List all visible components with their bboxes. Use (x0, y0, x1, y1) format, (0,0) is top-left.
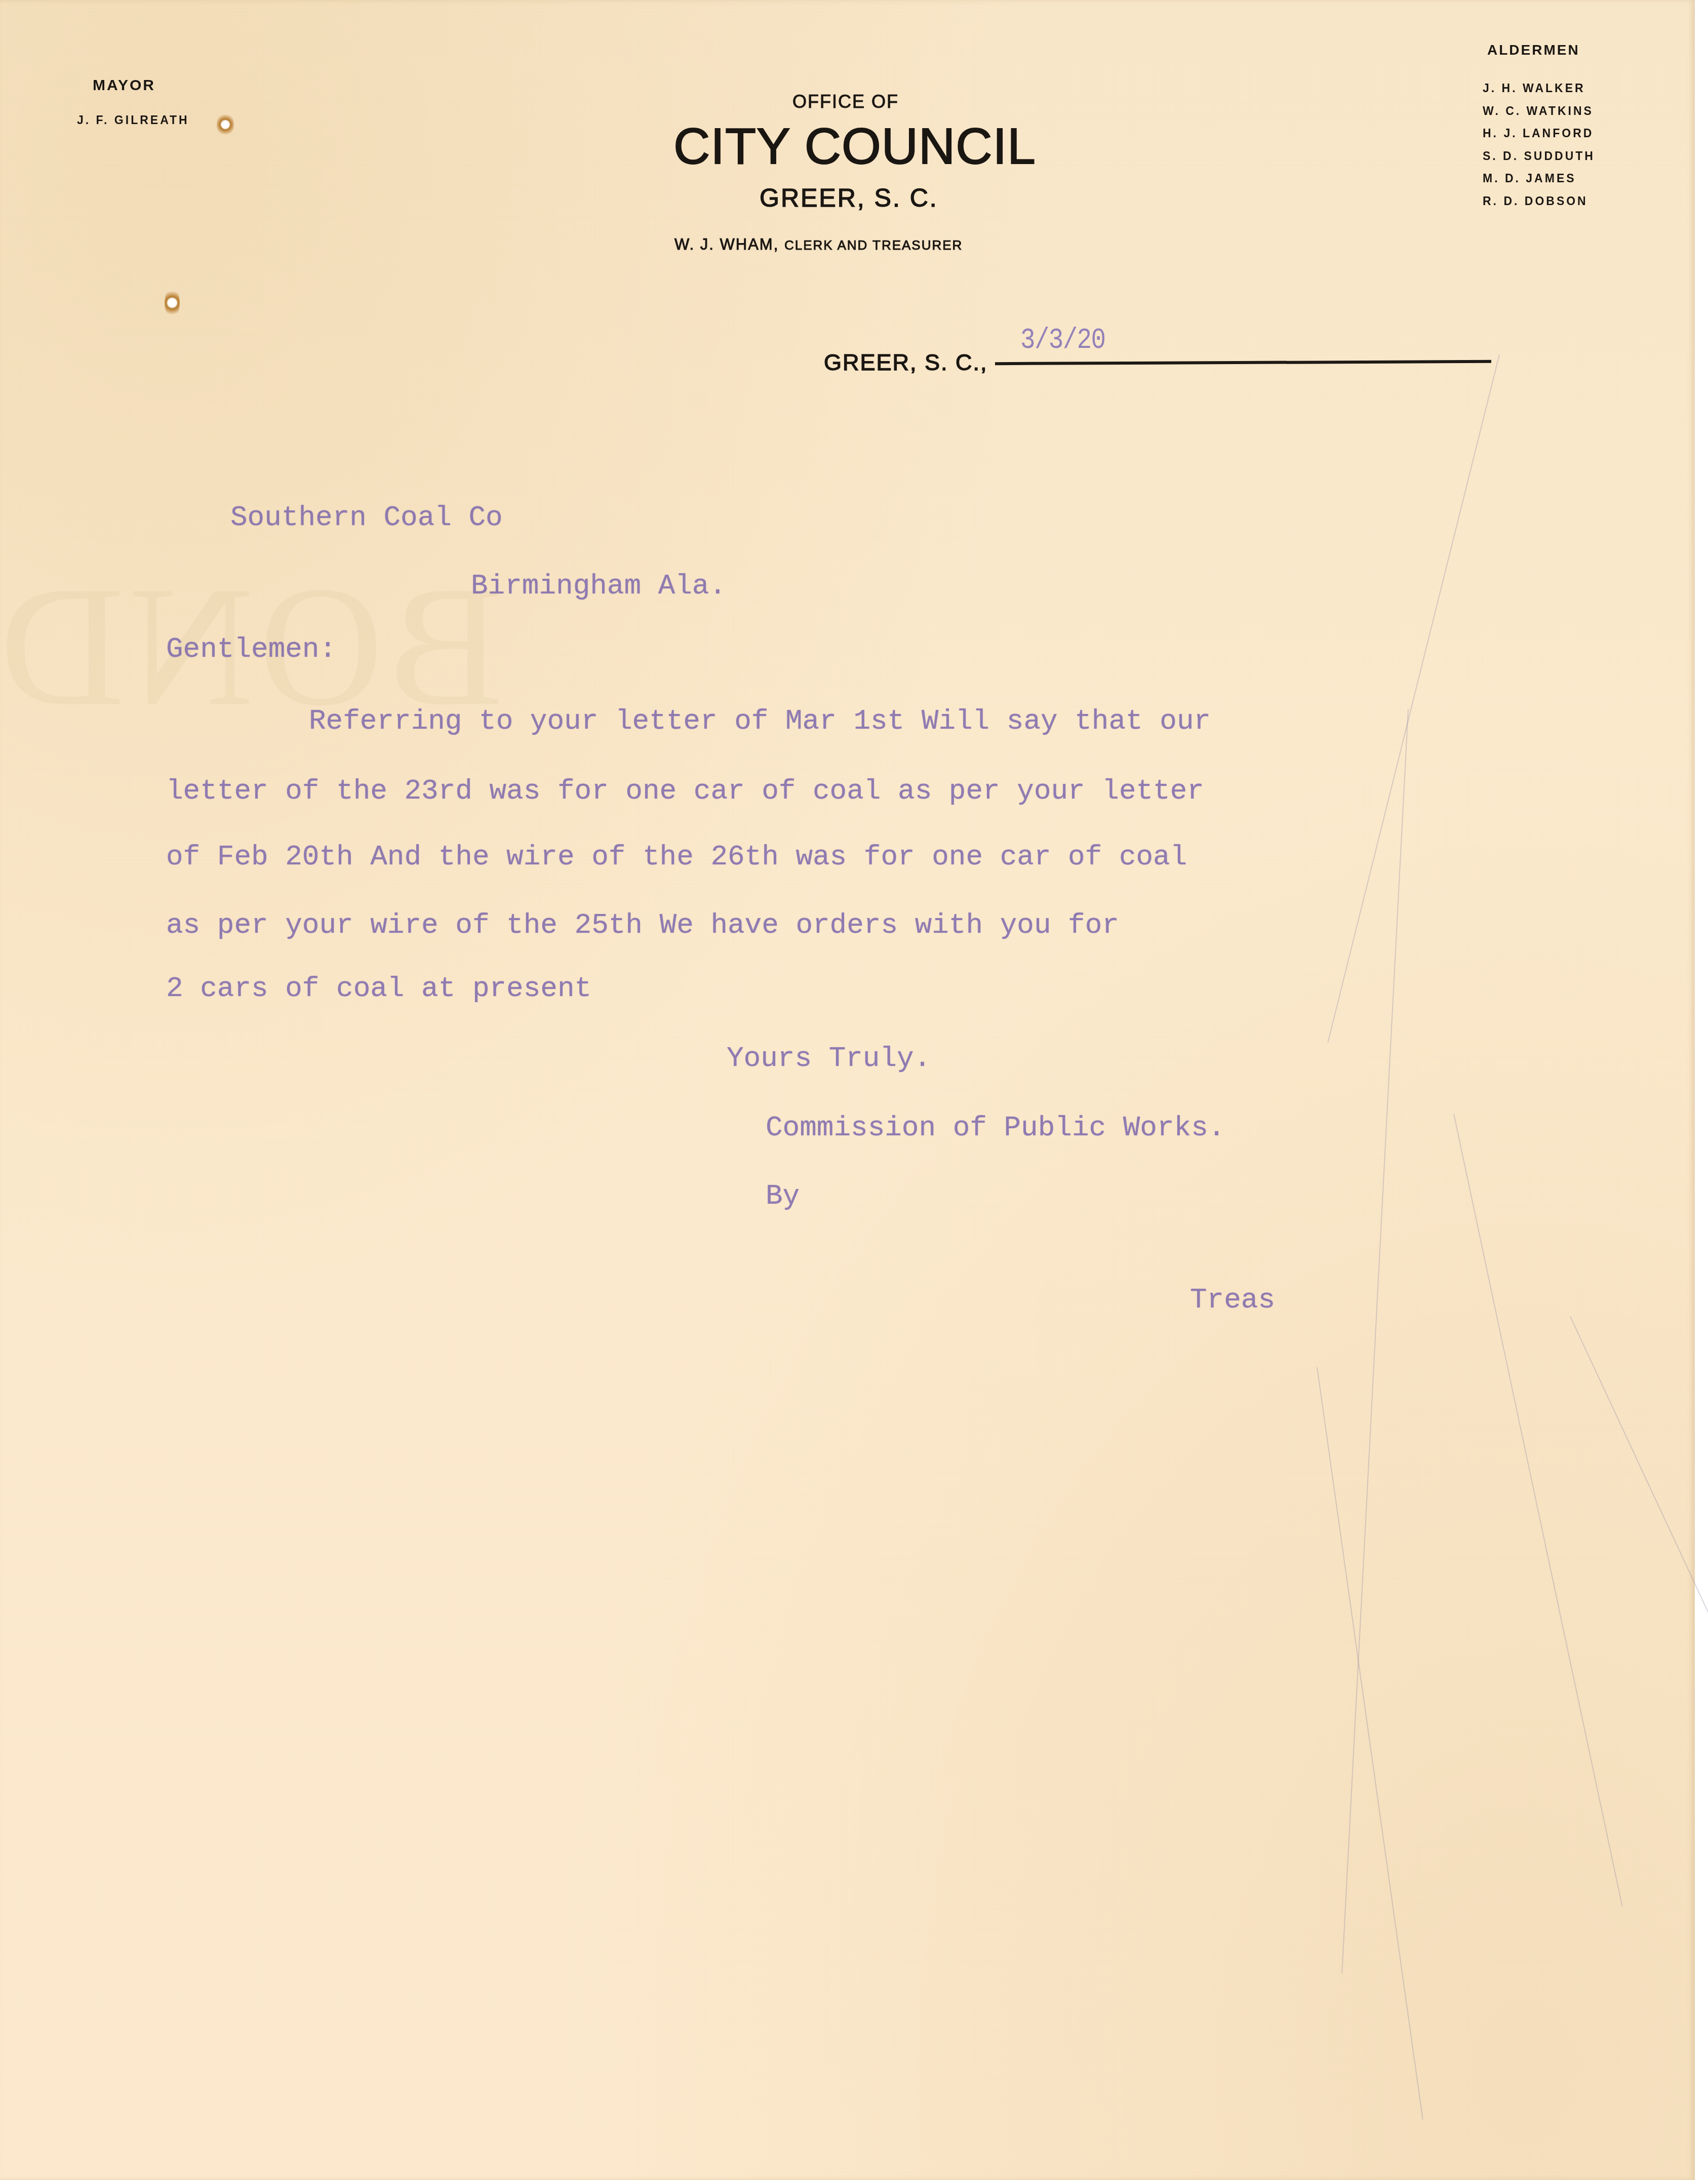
body-line: as per your wire of the 25th We have ord… (166, 909, 1119, 941)
pencil-mark (1570, 1316, 1708, 1684)
pencil-mark (1327, 354, 1500, 1043)
dateline-label: GREER, S. C., (824, 349, 988, 376)
clerk-line: W. J. WHAM, CLERK AND TREASURER (674, 235, 963, 254)
letter-page: BOND MAYOR J. F. GILREATH OFFICE OF CITY… (0, 0, 1695, 2180)
signature-by: By (766, 1180, 800, 1212)
alderman-name: J. H. WALKER (1483, 77, 1595, 100)
pencil-mark (1317, 1367, 1423, 2120)
pencil-mark (1453, 1114, 1623, 1907)
mayor-name: J. F. GILREATH (77, 113, 189, 127)
office-of-label: OFFICE OF (792, 91, 899, 112)
alderman-name: S. D. SUDDUTH (1483, 145, 1595, 168)
body-line: Referring to your letter of Mar 1st Will… (309, 705, 1211, 737)
paper-stain (165, 288, 180, 318)
clerk-title: CLERK AND TREASURER (784, 237, 963, 253)
alderman-name: M. D. JAMES (1483, 167, 1595, 190)
alderman-name: W. C. WATKINS (1483, 100, 1595, 123)
letterhead-location: GREER, S. C. (760, 183, 938, 213)
aldermen-label: ALDERMEN (1487, 42, 1580, 58)
signer-title: Treas (1190, 1284, 1275, 1316)
alderman-name: R. D. DOBSON (1483, 190, 1595, 213)
letterhead-title: CITY COUNCIL (673, 117, 1036, 176)
mayor-label: MAYOR (93, 77, 155, 94)
salutation: Gentlemen: (166, 633, 336, 665)
recipient-name: Southern Coal Co (230, 501, 503, 534)
letter-date: 3/3/20 (1020, 324, 1105, 357)
date-underline (995, 360, 1491, 365)
recipient-city: Birmingham Ala. (471, 570, 726, 602)
paper-stain (217, 112, 234, 137)
body-line: letter of the 23rd was for one car of co… (166, 775, 1204, 807)
alderman-name: H. J. LANFORD (1483, 122, 1595, 145)
body-line: of Feb 20th And the wire of the 26th was… (166, 841, 1187, 873)
body-line: 2 cars of coal at present (166, 972, 591, 1005)
clerk-name: W. J. WHAM, (674, 235, 779, 253)
signatory: Commission of Public Works. (766, 1112, 1225, 1144)
aldermen-list: J. H. WALKER W. C. WATKINS H. J. LANFORD… (1483, 77, 1595, 212)
closing: Yours Truly. (727, 1042, 931, 1075)
